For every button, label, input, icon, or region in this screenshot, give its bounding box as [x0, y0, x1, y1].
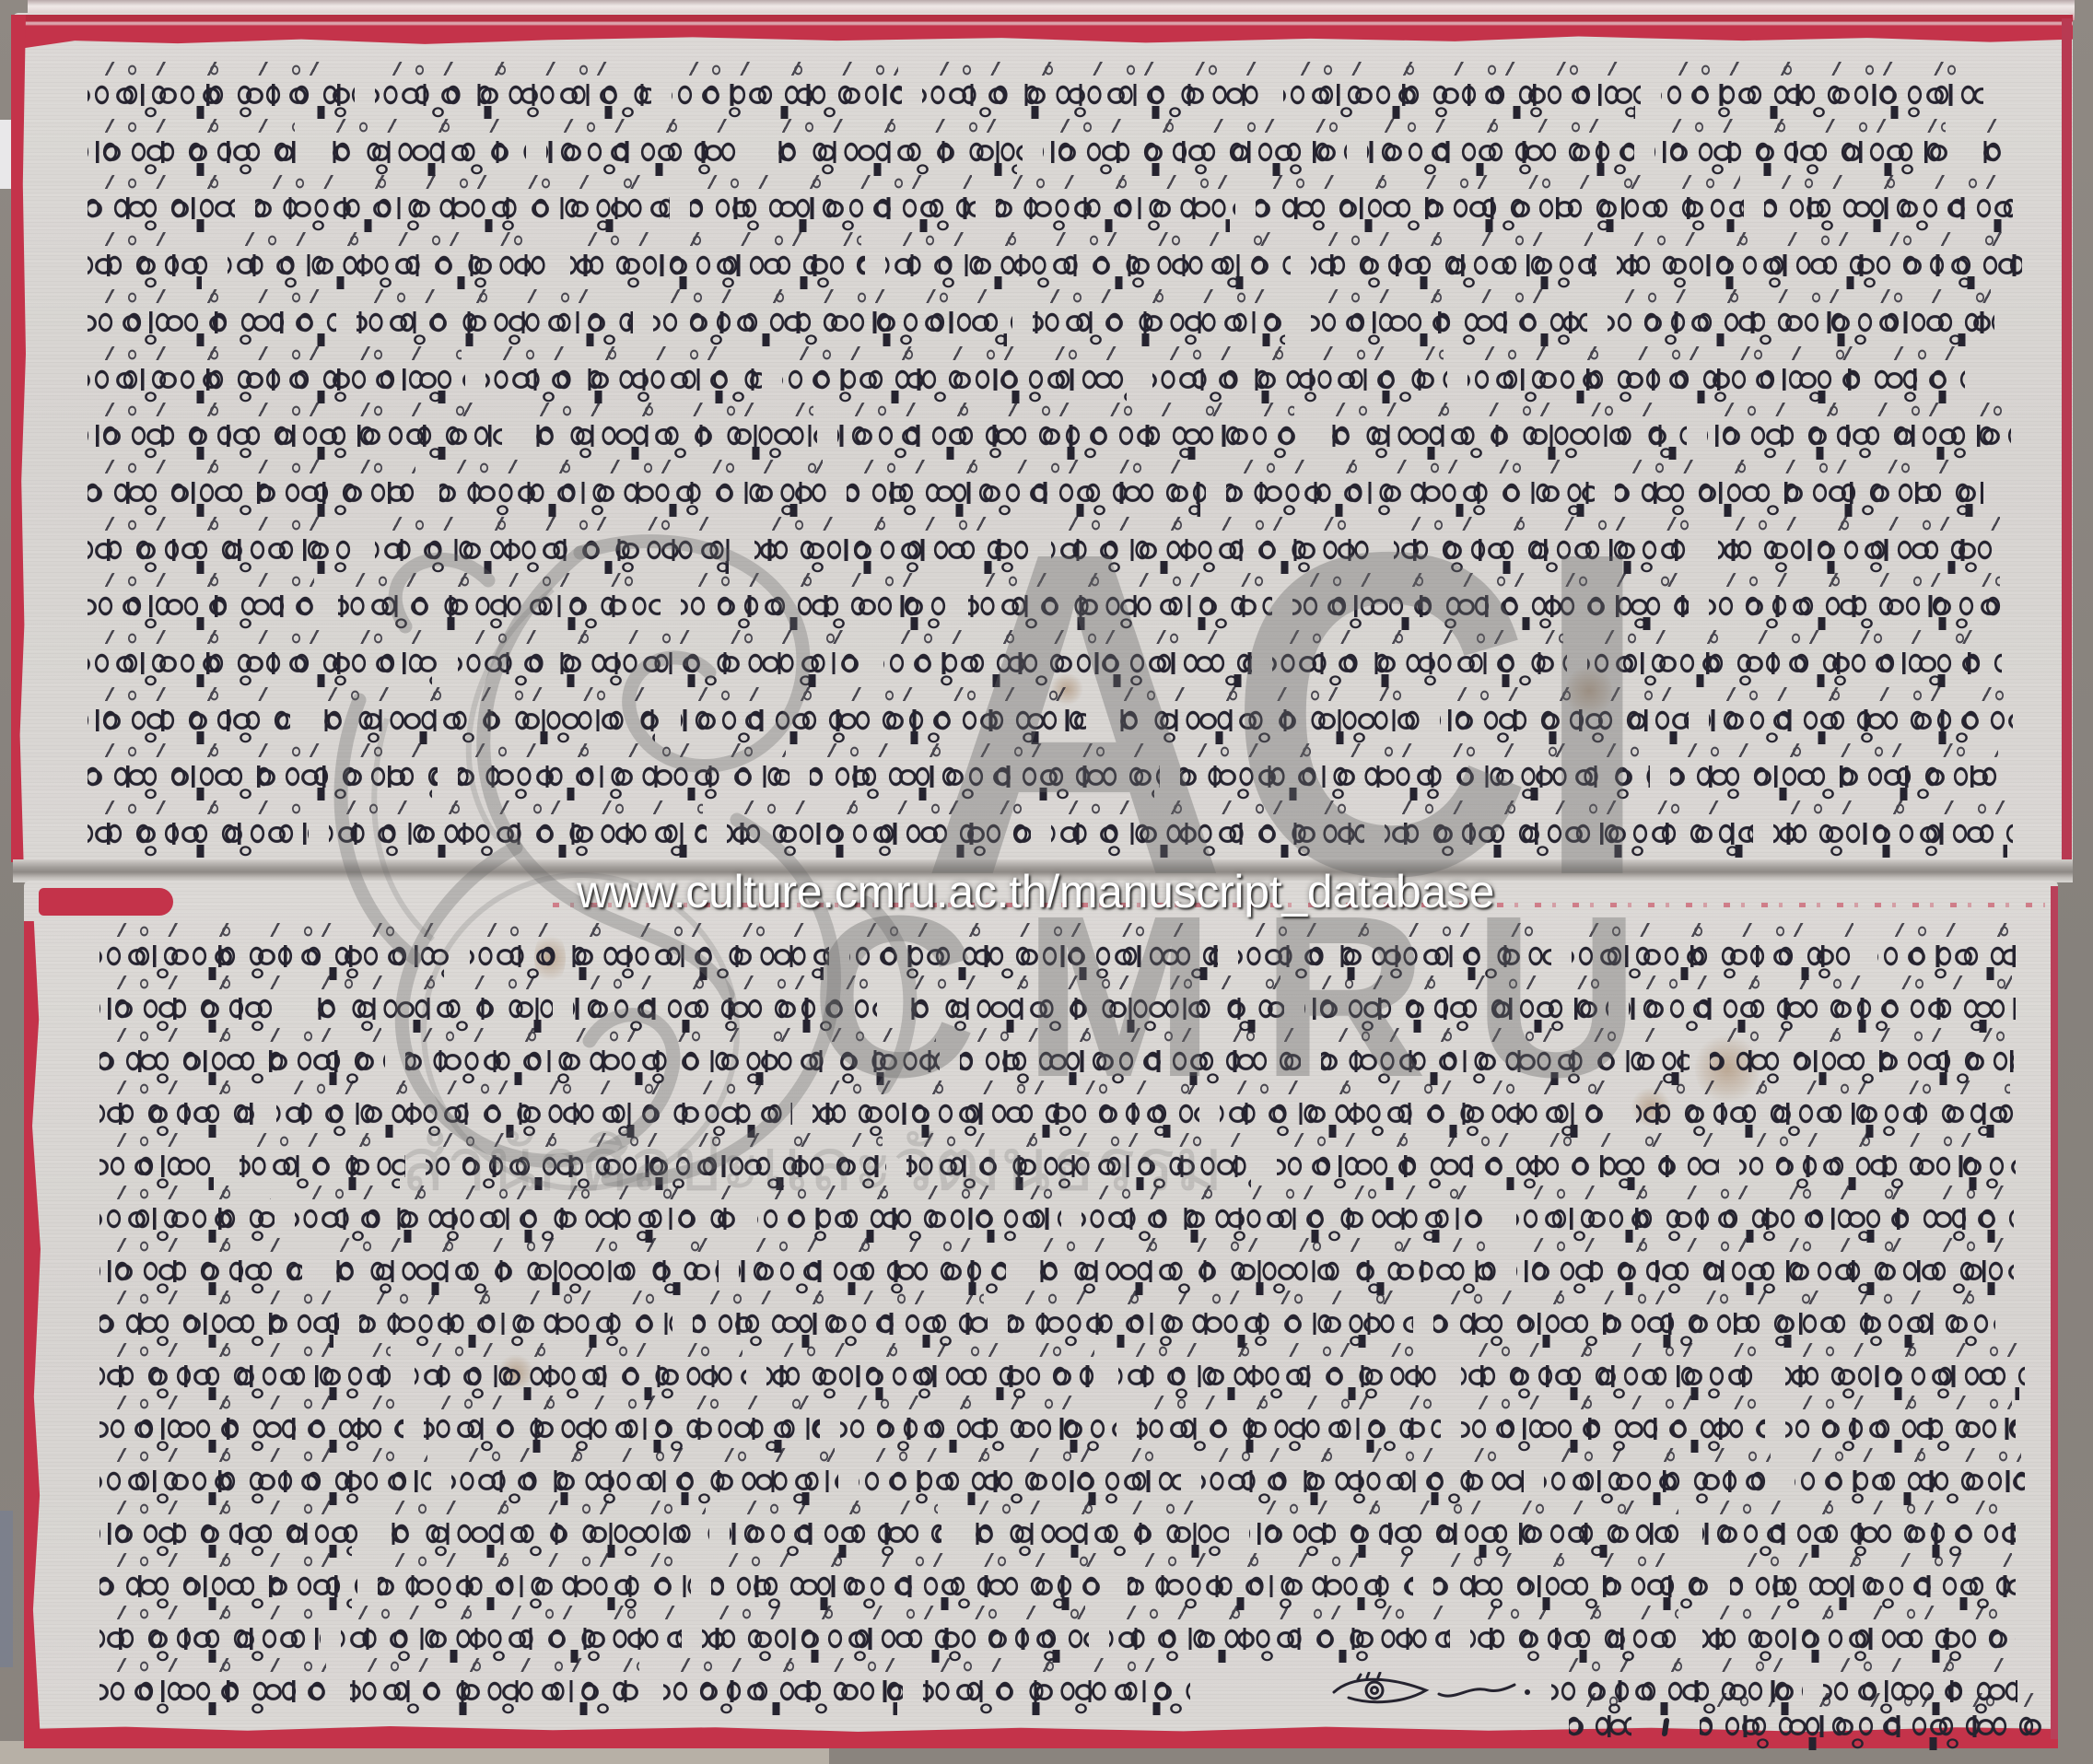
script-word-group: [1785, 1361, 2025, 1392]
script-word-group: [1516, 1203, 2014, 1234]
script-word-group: [1730, 1571, 2016, 1602]
manuscript-line: [99, 1046, 2014, 1077]
watermark-subtitle: สำนักศิลปะและวัฒนธรรม: [401, 1128, 1223, 1202]
script-word-group: [1629, 993, 2016, 1024]
script-word-group: [923, 1676, 1190, 1707]
script-word-group: [840, 1413, 1117, 1444]
script-word-group: [1569, 1711, 1631, 1742]
manuscript-line: [99, 1308, 1995, 1339]
script-word-group: [1433, 1308, 1995, 1339]
script-word-group: [415, 1361, 746, 1392]
script-word-group: [304, 993, 553, 1024]
script-word-group: [1516, 1256, 2014, 1287]
script-word-group: [378, 1518, 709, 1549]
script-word-group: [99, 1308, 339, 1339]
script-word-group: [99, 1046, 385, 1077]
manuscript-line: [99, 1361, 2025, 1392]
script-word-group: [99, 1256, 302, 1287]
manuscript-line: [99, 1466, 2025, 1497]
script-word-group: [962, 1518, 1229, 1549]
script-word-group: [1026, 1256, 1496, 1287]
script-word-group: [1470, 1623, 1682, 1654]
punctuation-mark: [1662, 1718, 1670, 1736]
script-word-group: [1461, 1413, 1765, 1444]
manuscript-line: [99, 1623, 2016, 1654]
script-word-group: [573, 993, 877, 1024]
script-word-group: [350, 1676, 643, 1707]
script-word-group: [99, 1361, 394, 1392]
watermark-url-link[interactable]: www.culture.cmru.ac.th/manuscript_databa…: [577, 869, 1494, 915]
script-word-group: [693, 1308, 988, 1339]
script-word-group: [1277, 1151, 1719, 1182]
script-word-group: [99, 1151, 219, 1182]
script-word-group: [99, 1413, 403, 1444]
script-word-group: [378, 1571, 691, 1602]
script-word-group: [1321, 1046, 1690, 1077]
script-word-group: [99, 1466, 431, 1497]
script-word-group: [1220, 1098, 1616, 1129]
script-word-group: [99, 993, 284, 1024]
manuscript-line: [99, 1413, 2016, 1444]
colophon-line: [1569, 1711, 2043, 1742]
script-word-group: [405, 1046, 940, 1077]
manuscript-line: [99, 993, 2016, 1024]
script-word-group: [240, 1151, 405, 1182]
script-word-group: [1128, 1571, 1413, 1602]
script-word-group: [1137, 1413, 1441, 1444]
script-word-group: [766, 1361, 1098, 1392]
script-word-group: [470, 940, 829, 972]
script-word-group: [99, 1676, 330, 1707]
script-word-group: [897, 993, 1284, 1024]
script-word-group: [341, 1623, 682, 1654]
script-word-group: [1238, 940, 1551, 972]
script-word-group: [99, 940, 450, 972]
manuscript-line: [99, 1203, 2014, 1234]
script-word-group: [99, 1518, 357, 1549]
script-word-group: [99, 1571, 357, 1602]
manuscript-photo: ACI CMRU สำนักศิลปะและวัฒนธรรม www.cultu…: [0, 0, 2093, 1764]
script-word-group: [1700, 1711, 2043, 1742]
script-word-group: [1795, 1466, 2025, 1497]
manuscript-line: [99, 1571, 2016, 1602]
script-word-group: [295, 1203, 737, 1234]
script-word-group: [1739, 1151, 2016, 1182]
script-word-group: [1702, 1518, 2016, 1549]
script-word-group: [451, 1466, 838, 1497]
script-word-group: [1544, 1466, 1774, 1497]
manuscript-line: [99, 1256, 2014, 1287]
script-word-group: [859, 1466, 1181, 1497]
script-word-group: [702, 1623, 1089, 1654]
script-word-group: [1636, 1098, 2014, 1129]
script-word-group: [1785, 1413, 2016, 1444]
script-word-group: [1249, 1518, 1682, 1549]
script-word-group: [730, 1518, 941, 1549]
script-word-group: [1082, 1203, 1496, 1234]
script-word-group: [849, 940, 1218, 972]
script-word-group: [99, 1203, 275, 1234]
script-word-group: [960, 1046, 1301, 1077]
script-word-group: [1008, 1308, 1413, 1339]
script-word-group: [1702, 1623, 2016, 1654]
manuscript-line: [99, 940, 2016, 972]
script-word-group: [1461, 1361, 1765, 1392]
script-word-group: [1710, 1046, 2014, 1077]
script-word-group: [1201, 1466, 1524, 1497]
end-flourish-ornament-icon: [1330, 1672, 1531, 1709]
script-word-group: [663, 1676, 903, 1707]
script-word-group: [99, 1623, 321, 1654]
script-word-group: [1304, 993, 1608, 1024]
script-word-group: [322, 1256, 719, 1287]
script-word-group: [711, 1571, 1107, 1602]
manuscript-line: [99, 1518, 2016, 1549]
script-word-group: [1877, 940, 2016, 972]
script-word-group: [99, 1098, 256, 1129]
script-word-group: [1572, 940, 1857, 972]
script-word-group: [359, 1308, 672, 1339]
script-word-group: [1109, 1623, 1450, 1654]
script-word-group: [424, 1413, 820, 1444]
script-word-group: [1118, 1361, 1441, 1392]
script-word-group: [1433, 1571, 1710, 1602]
script-word-group: [757, 1203, 1061, 1234]
script-word-group: [739, 1256, 1006, 1287]
